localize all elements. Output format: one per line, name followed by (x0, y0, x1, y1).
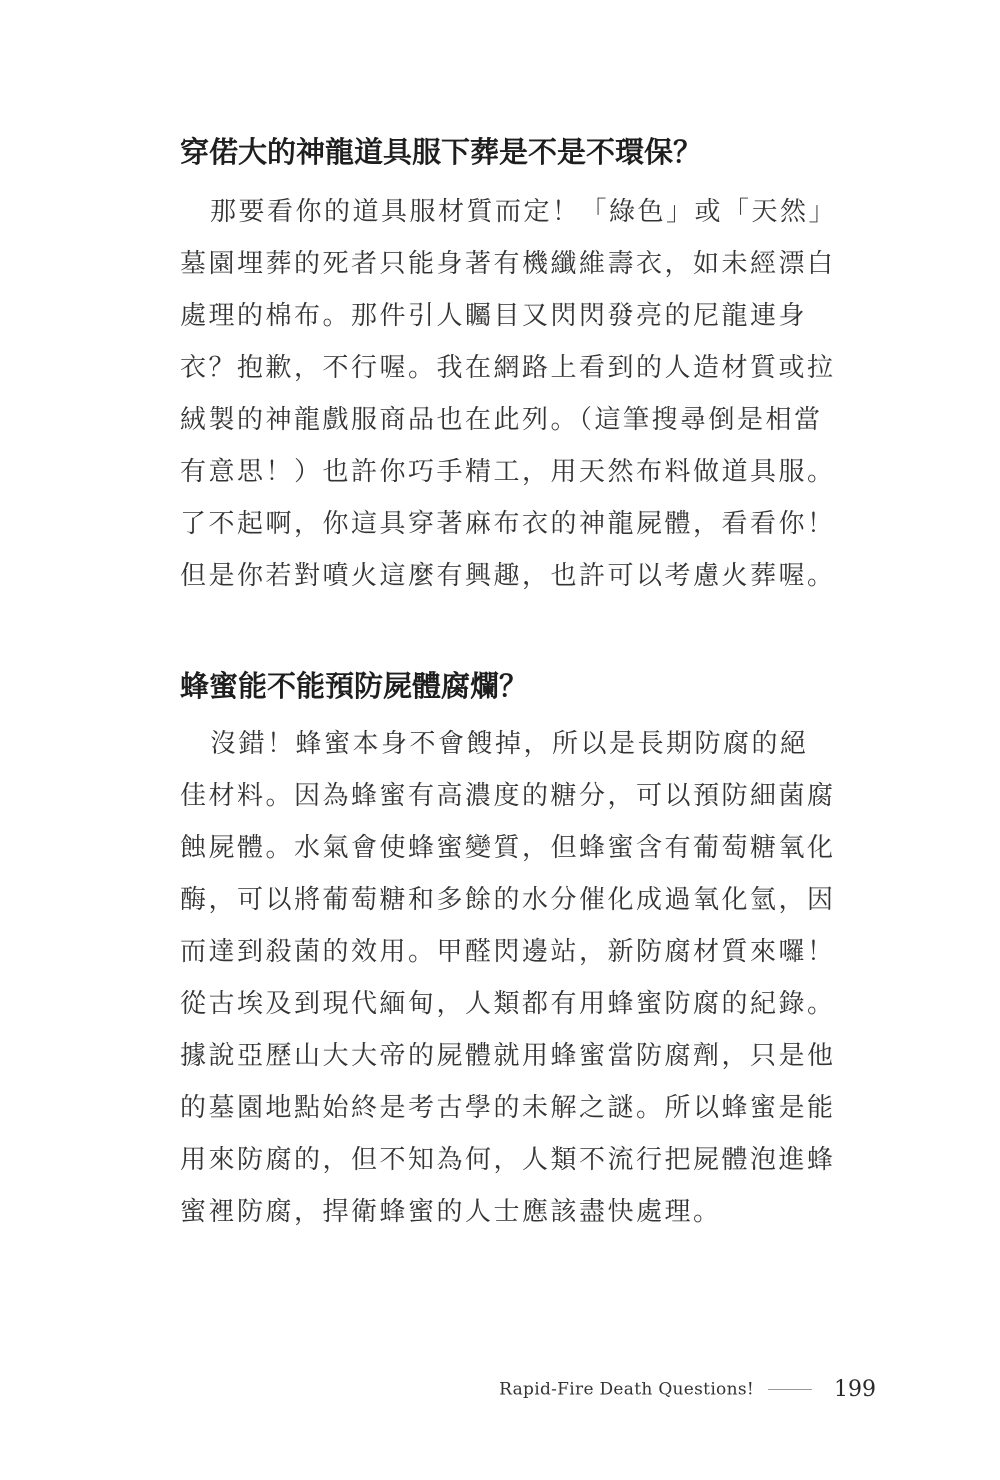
section-heading-1: 穿偌大的神龍道具服下葬是不是不環保？ (180, 132, 702, 172)
page-number: 199 (834, 1377, 876, 1402)
page-footer: Rapid-Fire Death Questions!199 (0, 1377, 876, 1402)
paragraph-line: 墓園埋葬的死者只能身著有機纖維壽衣，如未經漂白 (180, 238, 880, 290)
paragraph-line: 蝕屍體。水氣會使蜂蜜變質，但蜂蜜含有葡萄糖氧化 (180, 822, 880, 874)
paragraph-line: 有意思！）也許你巧手精工，用天然布料做道具服。 (180, 446, 880, 498)
paragraph-line: 處理的棉布。那件引人矚目又閃閃發亮的尼龍連身 (180, 290, 880, 342)
paragraph-line: 蜜裡防腐，捍衛蜂蜜的人士應該盡快處理。 (180, 1186, 880, 1238)
running-title: Rapid-Fire Death Questions! (499, 1380, 754, 1400)
section-heading-2: 蜂蜜能不能預防屍體腐爛？ (180, 666, 528, 706)
book-page: 穿偌大的神龍道具服下葬是不是不環保？ 那要看你的道具服材質而定！「綠色」或「天然… (0, 0, 1000, 1480)
paragraph-line: 衣？抱歉，不行喔。我在網路上看到的人造材質或拉 (180, 342, 880, 394)
footer-divider (768, 1389, 812, 1390)
paragraph-line: 而達到殺菌的效用。甲醛閃邊站，新防腐材質來囉！ (180, 926, 880, 978)
section-paragraph-2: 沒錯！蜂蜜本身不會餿掉，所以是長期防腐的絕 佳材料。因為蜂蜜有高濃度的糖分，可以… (180, 718, 880, 1238)
paragraph-line: 從古埃及到現代緬甸，人類都有用蜂蜜防腐的紀錄。 (180, 978, 880, 1030)
paragraph-line: 那要看你的道具服材質而定！「綠色」或「天然」 (180, 186, 880, 238)
paragraph-line: 用來防腐的，但不知為何，人類不流行把屍體泡進蜂 (180, 1134, 880, 1186)
paragraph-line: 據說亞歷山大大帝的屍體就用蜂蜜當防腐劑，只是他 (180, 1030, 880, 1082)
paragraph-line: 酶，可以將葡萄糖和多餘的水分催化成過氧化氫，因 (180, 874, 880, 926)
paragraph-line: 絨製的神龍戲服商品也在此列。（這筆搜尋倒是相當 (180, 394, 880, 446)
paragraph-line: 佳材料。因為蜂蜜有高濃度的糖分，可以預防細菌腐 (180, 770, 880, 822)
paragraph-line: 但是你若對噴火這麼有興趣，也許可以考慮火葬喔。 (180, 550, 880, 602)
paragraph-line: 的墓園地點始終是考古學的未解之謎。所以蜂蜜是能 (180, 1082, 880, 1134)
section-paragraph-1: 那要看你的道具服材質而定！「綠色」或「天然」 墓園埋葬的死者只能身著有機纖維壽衣… (180, 186, 880, 602)
paragraph-line: 了不起啊，你這具穿著麻布衣的神龍屍體，看看你！ (180, 498, 880, 550)
paragraph-line: 沒錯！蜂蜜本身不會餿掉，所以是長期防腐的絕 (180, 718, 880, 770)
